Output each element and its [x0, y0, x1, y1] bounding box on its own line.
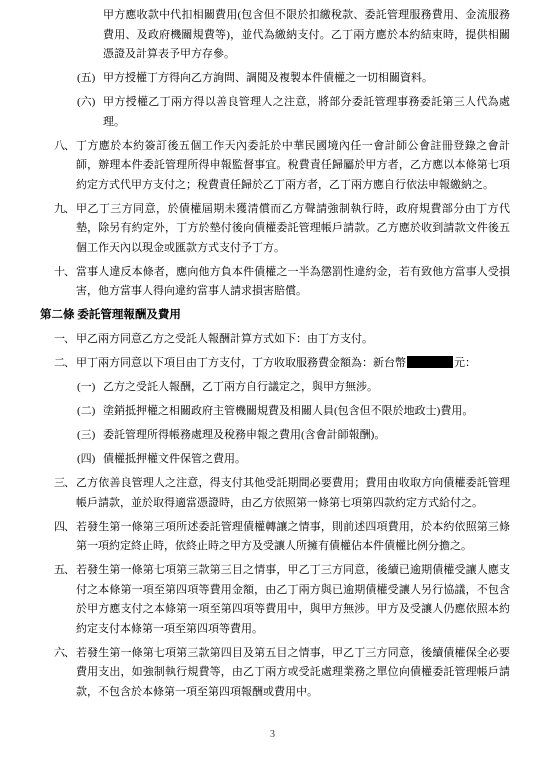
list-item-c2-2-1: (一) 乙方之受託人報酬，乙丁兩方自行議定之，與甲方無涉。: [77, 378, 510, 398]
list-item-c2-1: 一、 甲乙兩方同意乙方之受託人報酬計算方式如下：由丁方支付。: [54, 330, 510, 350]
redacted-amount-box: [407, 356, 453, 368]
item-number: (二): [77, 402, 95, 422]
item-text: 甲方授權乙丁兩方得以善良管理人之注意，將部分委託管理事務委託第三人代為處理。: [103, 96, 510, 128]
item-text: 甲方授權丁方得向乙方詢問、調閱及複製本件債權之一切相關資料。: [103, 72, 433, 84]
item-text: 乙方依善良管理人之注意，得支付其他受託期間必要費用；費用由收取方向債權委託管理帳…: [76, 477, 510, 509]
item-text: 若發生第一條第三項所述委託管理債權轉讓之情事，則前述四項費用，於本約依照第三條第…: [76, 521, 510, 553]
item-text: 塗銷抵押權之相關政府主管機關規費及相關人員(包含但不限於地政士)費用。: [103, 405, 473, 417]
list-item-c2-2: 二、 甲丁兩方同意以下項目由丁方支付，丁方收取服務費金額為：新台幣元：: [54, 354, 510, 374]
section-heading-clause2: 第二條 委託管理報酬及費用: [40, 306, 510, 326]
item-number: (四): [77, 450, 95, 470]
contract-document-page: 甲方應收款中代扣相關費用(包含但不限於扣繳稅款、委託管理服務費用、金流服務費用、…: [0, 0, 545, 769]
list-item-c2-5: 五、 若發生第一條第七項第三款第三目之情事，甲乙丁三方同意，後續已逾期債權受讓人…: [54, 561, 510, 639]
page-number: 3: [0, 729, 545, 741]
item-text: 當事人違反本條者，應向他方負本件債權之一半為懲罰性違約金，若有致他方當事人受損害…: [76, 266, 510, 298]
list-item-c2-2-4: (四) 債權抵押權文件保管之費用。: [77, 450, 510, 470]
item-text: 元：: [454, 357, 476, 369]
item-text: 丁方應於本約簽訂後五個工作天內委託於中華民國境內任一會計師公會註冊登錄之會計師，…: [76, 140, 510, 191]
item-number: 五、: [54, 561, 74, 581]
list-item-c1-5: (五) 甲方授權丁方得向乙方詢問、調閱及複製本件債權之一切相關資料。: [77, 69, 510, 89]
list-item-c1-6: (六) 甲方授權乙丁兩方得以善良管理人之注意，將部分委託管理事務委託第三人代為處…: [77, 93, 510, 132]
list-item-c2-2-3: (三) 委託管理所得帳務處理及稅務申報之費用(含會計師報酬)。: [77, 426, 510, 446]
item-number: (三): [77, 426, 95, 446]
list-item-c2-4: 四、 若發生第一條第三項所述委託管理債權轉讓之情事，則前述四項費用，於本約依照第…: [54, 518, 510, 557]
continuation-paragraph: 甲方應收款中代扣相關費用(包含但不限於扣繳稅款、委託管理服務費用、金流服務費用、…: [103, 6, 510, 65]
item-number: (一): [77, 378, 95, 398]
item-text: 債權抵押權文件保管之費用。: [103, 453, 246, 465]
list-item-c2-3: 三、 乙方依善良管理人之注意，得支付其他受託期間必要費用；費用由收取方向債權委託…: [54, 474, 510, 513]
item-text: 甲乙兩方同意乙方之受託人報酬計算方式如下：由丁方支付。: [76, 333, 373, 345]
item-number: 一、: [54, 330, 74, 350]
item-text: 甲乙丁三方同意，於債權屆期未獲清償而乙方聲請強制執行時，政府規費部分由丁方代墊，…: [76, 203, 510, 254]
item-number: 六、: [54, 644, 74, 664]
item-number: (五): [77, 69, 95, 89]
item-text: 乙方之受託人報酬，乙丁兩方自行議定之，與甲方無涉。: [103, 381, 378, 393]
item-number: 三、: [54, 474, 74, 494]
page-content: 甲方應收款中代扣相關費用(包含但不限於扣繳稅款、委託管理服務費用、金流服務費用、…: [0, 6, 510, 707]
item-number: 十、: [54, 263, 74, 283]
list-item-c1-9: 九、 甲乙丁三方同意，於債權屆期未獲清償而乙方聲請強制執行時，政府規費部分由丁方…: [54, 200, 510, 259]
item-number: 八、: [54, 137, 74, 157]
list-item-c2-2-2: (二) 塗銷抵押權之相關政府主管機關規費及相關人員(包含但不限於地政士)費用。: [77, 402, 510, 422]
item-text: 若發生第一條第七項第三款第三目之情事，甲乙丁三方同意，後續已逾期債權受讓人應支付…: [76, 564, 510, 635]
list-item-c1-10: 十、 當事人違反本條者，應向他方負本件債權之一半為懲罰性違約金，若有致他方當事人…: [54, 263, 510, 302]
list-item-c1-8: 八、 丁方應於本約簽訂後五個工作天內委託於中華民國境內任一會計師公會註冊登錄之會…: [54, 137, 510, 196]
item-number: 二、: [54, 354, 74, 374]
item-text: 委託管理所得帳務處理及稅務申報之費用(含會計師報酬)。: [103, 429, 385, 441]
item-number: 九、: [54, 200, 74, 220]
item-number: (六): [77, 93, 95, 113]
item-number: 四、: [54, 518, 74, 538]
item-text: 甲丁兩方同意以下項目由丁方支付，丁方收取服務費金額為：新台幣: [76, 357, 406, 369]
item-text: 若發生第一條第七項第三款第四目及第五目之情事，甲乙丁三方同意，後續債權保全必要費…: [76, 647, 510, 698]
list-item-c2-6: 六、 若發生第一條第七項第三款第四目及第五目之情事，甲乙丁三方同意，後續債權保全…: [54, 644, 510, 703]
